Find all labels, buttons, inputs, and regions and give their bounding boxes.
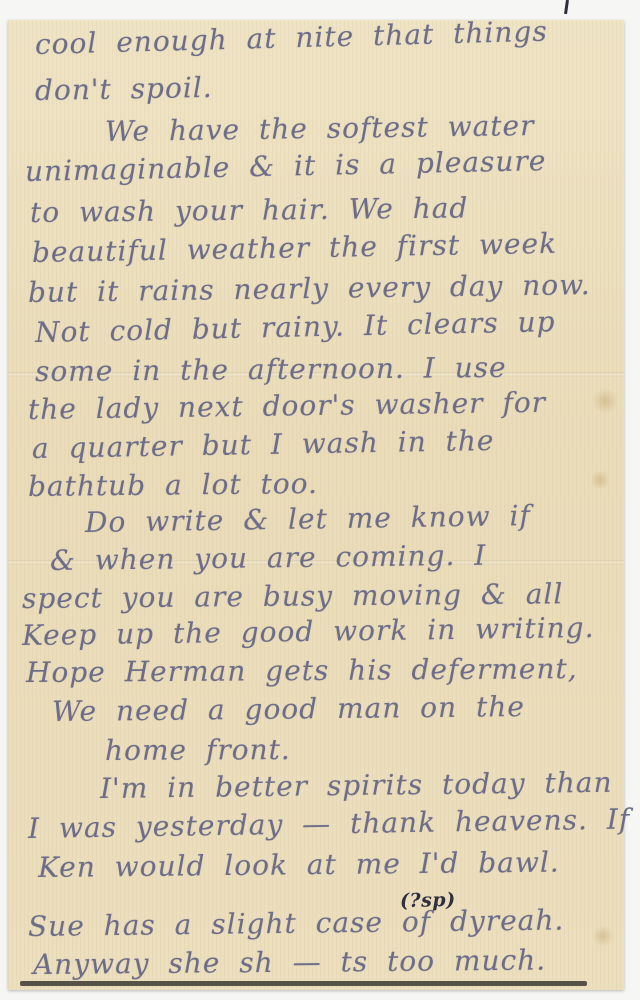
- letter-line: to wash your hair. We had: [30, 191, 469, 229]
- age-spot: [590, 470, 610, 490]
- letter-line: bathtub a lot too.: [28, 467, 318, 503]
- letter-line: & when you are coming. I: [50, 539, 487, 577]
- letter-line: I'm in better spirits today than: [100, 766, 613, 805]
- letter-line: Sue has a slight case of dyreah.: [28, 903, 565, 943]
- age-spot: [592, 925, 614, 947]
- letter-line: don't spoil.: [35, 71, 213, 107]
- letter-line: Do write & let me know if: [85, 499, 531, 539]
- letter-line: Hope Herman gets his deferment,: [26, 652, 578, 689]
- age-spot: [592, 388, 618, 414]
- letter-line: We have the softest water: [105, 109, 535, 148]
- scanner-background: cool enough at nite that things don't sp…: [0, 0, 640, 1000]
- letter-line: home front.: [105, 733, 291, 767]
- letter-line: Anyway she sh — ts too much.: [33, 944, 546, 981]
- pen-mark: [564, 0, 569, 14]
- letter-line: some in the afternoon. I use: [35, 351, 507, 388]
- letter-line: Ken would look at me I'd bawl.: [38, 846, 560, 884]
- letter-line: spect you are busy moving & all: [22, 577, 564, 615]
- letter-line: We need a good man on the: [52, 690, 525, 728]
- paper-edge-shadow: [20, 981, 587, 986]
